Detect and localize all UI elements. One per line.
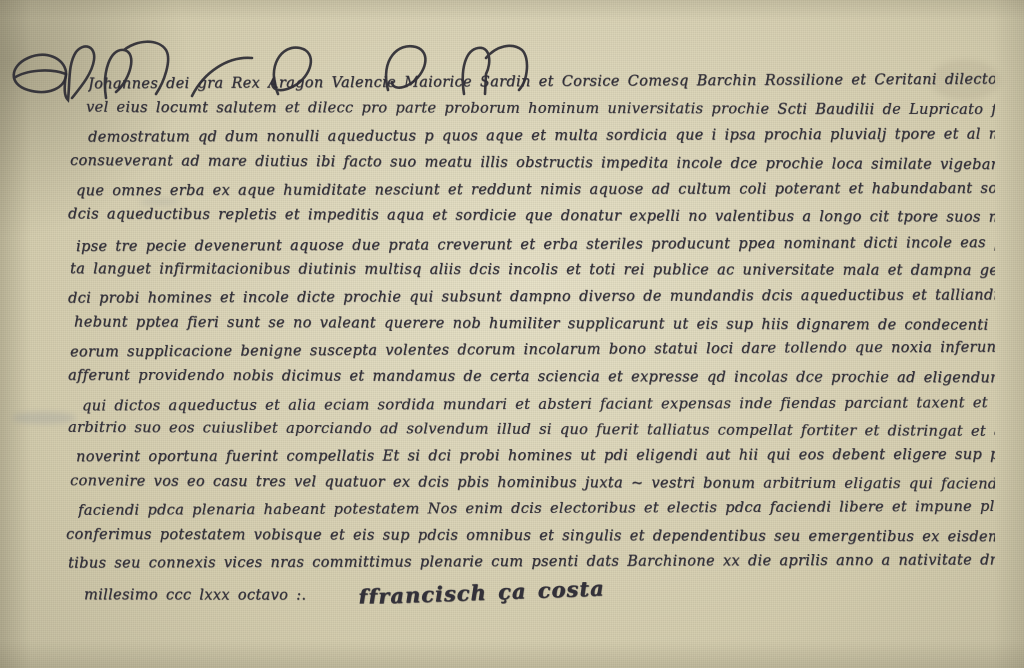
manuscript-date-line: millesimo ccc lxxx octavo :.ffrancisch ç…: [84, 581, 995, 604]
manuscript-line: demostratum qd dum nonulli aqueductus p …: [88, 127, 995, 145]
manuscript-line-paludes: ipse tre pecie devenerunt aquose due pra…: [76, 234, 995, 255]
manuscript-page: Johannes dei gra Rex Aragon Valencie Mai…: [0, 0, 1024, 668]
manuscript-line: dcis aqueductibus repletis et impeditis …: [68, 207, 995, 225]
ink-smudge: [140, 198, 180, 206]
opening-flourish-icon: [6, 38, 566, 110]
emphasized-word-paludes: paludes ~: [994, 234, 995, 252]
manuscript-line: Johannes dei gra Rex Aragon Valencie Mai…: [88, 73, 995, 92]
manuscript-line: faciendi pdca plenaria habeant potestate…: [78, 500, 995, 519]
manuscript-line: que omnes erba ex aque humiditate nesciu…: [76, 182, 995, 199]
line-text: qui dictos aqueductus et alia eciam sord…: [82, 395, 995, 414]
manuscript-line: convenire vos eo casu tres vel quatuor e…: [70, 474, 995, 492]
manuscript-line: afferunt providendo nobis dicimus et man…: [68, 369, 995, 386]
manuscript-line: hebunt pptea fieri sunt se no valeant qu…: [74, 315, 995, 333]
manuscript-line: dci probi homines et incole dicte prochi…: [68, 288, 995, 306]
manuscript-line: tibus seu connexis vices nras committimu…: [68, 553, 995, 571]
manuscript-line: vel eius locumt salutem et dilecc pro pa…: [86, 101, 995, 118]
manuscript-line-corp: qui dictos aqueductus et alia eciam sord…: [82, 394, 995, 414]
manuscript-line: conferimus potestatem vobisque et eis su…: [66, 528, 995, 545]
margin-smudge: [12, 412, 76, 424]
manuscript-line: eorum supplicacione benigne suscepta vol…: [70, 341, 995, 360]
manuscript-line: consueverant ad mare diutius ibi facto s…: [70, 154, 995, 173]
date-text: millesimo ccc lxxx octavo :.: [84, 587, 306, 603]
notary-signature: ffrancisch ça costa: [358, 581, 605, 604]
line-text: ipse tre pecie devenerunt aquose due pra…: [76, 235, 994, 255]
manuscript-line: arbitrio suo eos cuiuslibet aporciando a…: [68, 421, 995, 440]
manuscript-line: ta languet infirmitacionibus diutinis mu…: [70, 262, 995, 278]
manuscript-line: noverint oportuna fuerint compellatis Et…: [76, 448, 995, 465]
